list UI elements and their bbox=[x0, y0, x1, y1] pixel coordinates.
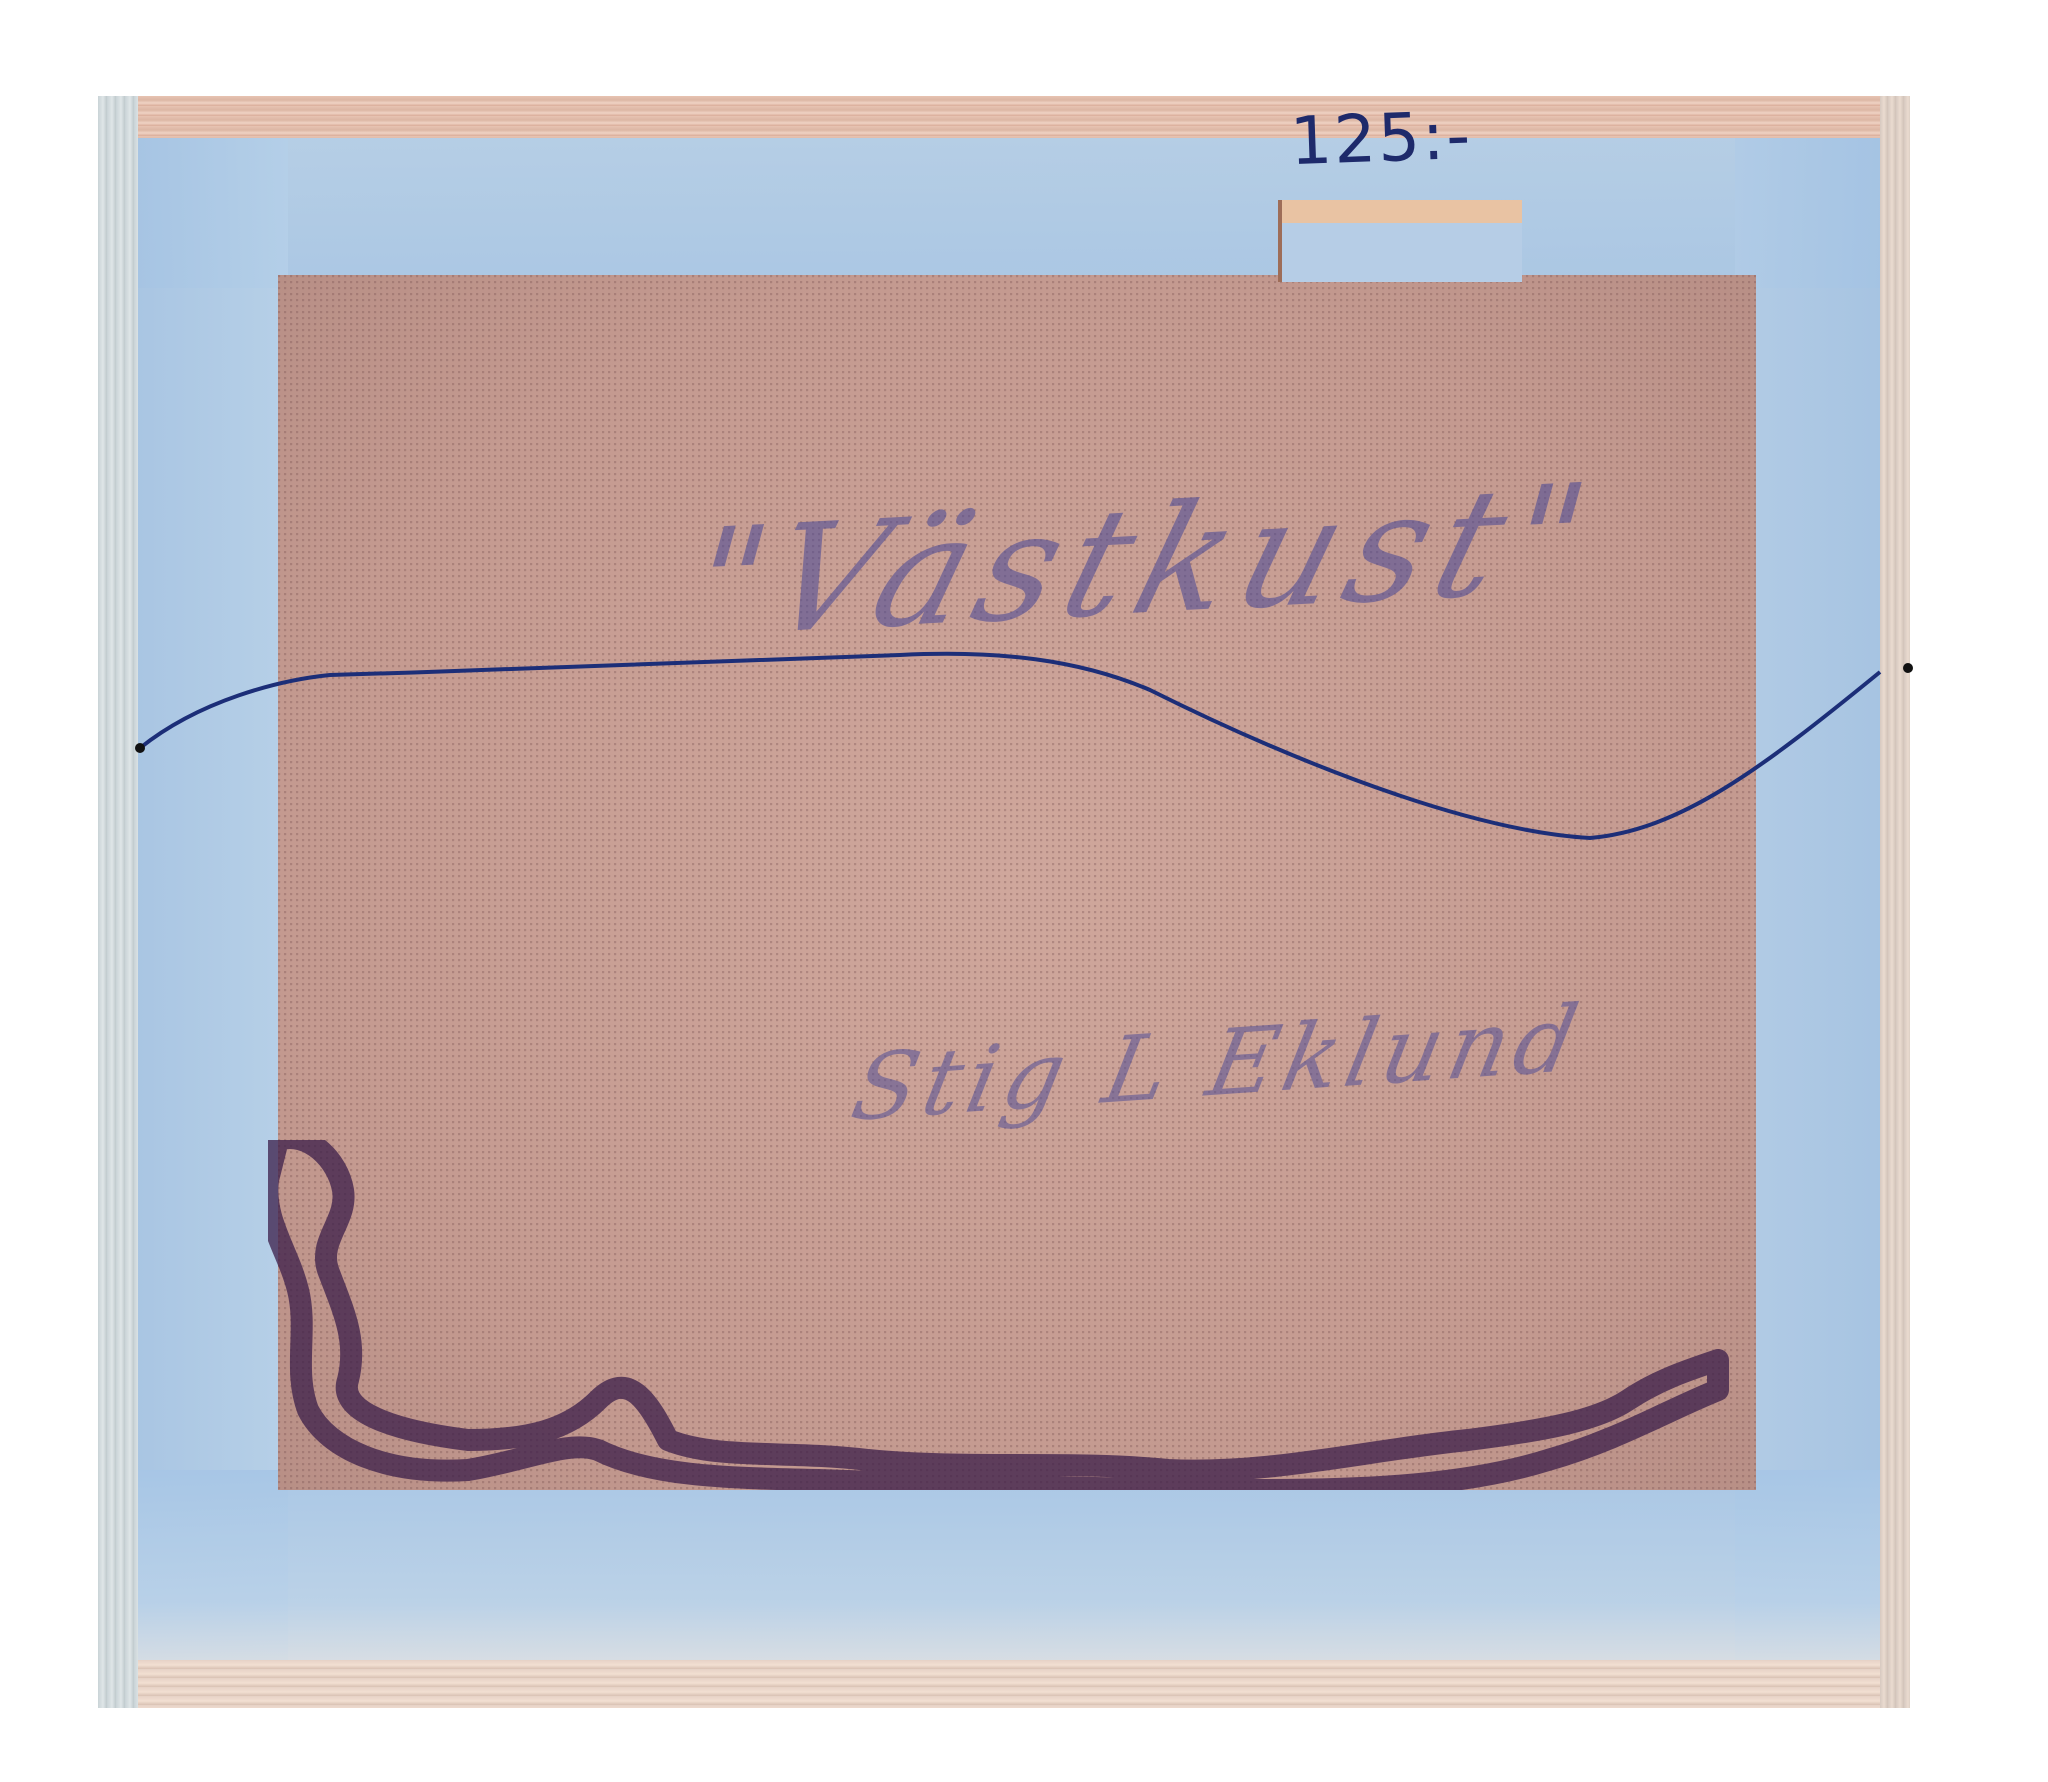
frame-right-edge bbox=[1880, 96, 1910, 1708]
tape-bottom bbox=[138, 1470, 1880, 1660]
price-inscription: 125:- bbox=[1289, 97, 1474, 180]
frame-bottom-edge bbox=[98, 1660, 1910, 1708]
tape-left bbox=[138, 138, 288, 1660]
torn-tape-patch bbox=[1278, 200, 1522, 282]
water-stain bbox=[268, 1140, 1768, 1490]
tape-top bbox=[138, 138, 1880, 288]
frame-top-edge bbox=[98, 96, 1910, 138]
frame-left-edge bbox=[98, 96, 138, 1708]
